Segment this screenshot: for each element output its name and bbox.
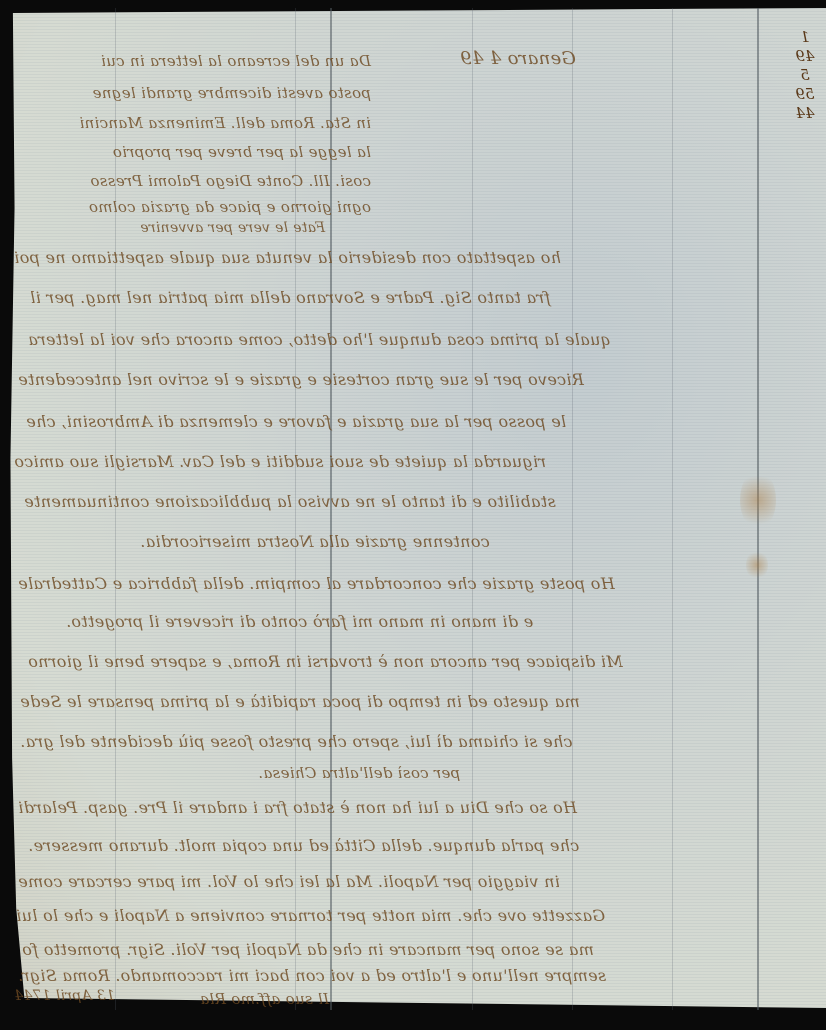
main-text-line: sempre nell'uno e l'altro ed a voi con b… xyxy=(18,966,606,985)
main-text-line: ho aspettato con desiderio la venuta sua… xyxy=(14,248,561,267)
main-text-line: Mi dispiace per ancora non è trovarsi in… xyxy=(28,652,623,671)
annotation-mark: 1 xyxy=(790,28,820,47)
left-block-line: cosi. Ill. Conte Diego Palomi Presso xyxy=(26,172,371,190)
main-text-line: Ricevo per le sue gran cortesie e grazie… xyxy=(18,370,584,389)
main-text-line: Ho so che Diu a lui ha non è stato fra i… xyxy=(18,798,577,817)
annotation-mark: 5 xyxy=(790,66,820,85)
scan-background xyxy=(0,1008,826,1030)
main-text-line: quale la prima cosa dunque l'ho detto, c… xyxy=(28,330,611,349)
main-text-line: ma questo ed in tempo di poca rapidità e… xyxy=(20,692,580,711)
closing-date: 13 April 1744 xyxy=(14,988,115,1004)
main-text-line: che si chiama dì lui, spero che presto f… xyxy=(20,732,573,751)
ruling-line xyxy=(672,8,673,1010)
main-text-line: le posso per la sua grazia e favore e cl… xyxy=(26,412,566,431)
signature: Il suo aff.mo Rla xyxy=(200,990,329,1008)
margin-annotation: 1 49 5 59 44 xyxy=(790,28,820,123)
main-text-line: stabilito e di tanto le ne avviso la pub… xyxy=(24,492,556,511)
left-block-line: in Sta. Roma dell. Eminenza Mancini xyxy=(26,114,371,132)
main-text-line: Ho poste grazie che concordare al compim… xyxy=(18,574,615,593)
main-text-line: ma se sono per mancare in che da Napoli … xyxy=(22,940,594,959)
main-text-line: per così dell'altra Chiesa. xyxy=(258,764,460,782)
ink-stain xyxy=(740,470,776,530)
header-date: Genaro 4 49 xyxy=(460,48,576,69)
left-block-line: posto avesti dicembre grandi legne xyxy=(26,84,371,102)
main-text-line: e di mano in mano mi farò conto di ricev… xyxy=(66,612,533,631)
main-text-line: fra tanto Sig. Padre e Sovrano della mia… xyxy=(30,288,550,307)
left-block-line: Da un del ecreano la lettera in cui xyxy=(26,52,371,70)
main-text-line: in viaggio per Napoli. Ma la lei che lo … xyxy=(18,872,560,891)
left-block-line: la legge la per breve per proprio xyxy=(26,143,371,161)
ruling-line xyxy=(572,8,573,1010)
annotation-mark: 49 xyxy=(790,47,820,66)
left-block-line: ogni giorno e piace da grazia colmo xyxy=(26,198,371,216)
ink-stain xyxy=(746,550,768,580)
annotation-mark: 44 xyxy=(790,104,820,123)
main-text-line: che parla dunque. della Città ed una cop… xyxy=(28,836,579,855)
annotation-mark: 59 xyxy=(790,85,820,104)
main-text-line: contenne grazie alla Nostra misericordia… xyxy=(140,532,490,551)
left-block-line: Fate le vere per avvenire xyxy=(140,220,325,236)
main-text-line: Gazzette ove che. mia notte per tornare … xyxy=(16,906,605,925)
main-text-line: riguarda la quiete de suoi sudditi e del… xyxy=(14,452,546,471)
